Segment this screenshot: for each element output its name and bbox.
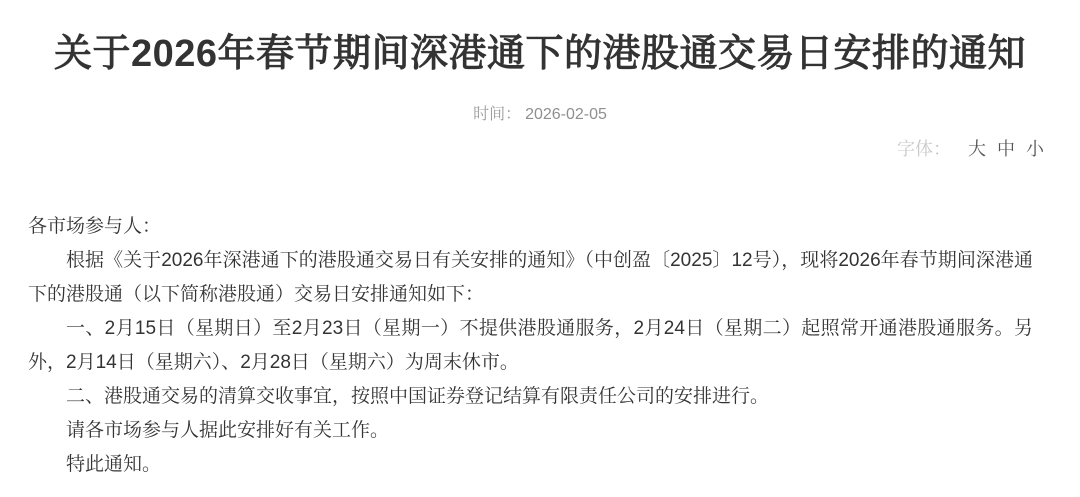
meta-row: 时间：2026-02-05 (0, 105, 1080, 125)
paragraph-item-1-trading-days: 一、2月15日（星期日）至2月23日（星期一）不提供港股通服务，2月24日（星期… (28, 312, 1033, 380)
paragraph-basis: 根据《关于2026年深港通下的港股通交易日有关安排的通知》（中创盈〔2025〕1… (28, 244, 1033, 312)
font-size-option-large[interactable]: 大 (968, 139, 986, 159)
font-size-option-medium[interactable]: 中 (997, 139, 1015, 159)
font-size-option-small[interactable]: 小 (1026, 139, 1044, 159)
font-size-selector: 字体：大中小 (0, 138, 1080, 160)
page-title: 关于2026年春节期间深港通下的港股通交易日安排的通知 (0, 30, 1080, 78)
notice-body: 各市场参与人： 根据《关于2026年深港通下的港股通交易日有关安排的通知》（中创… (28, 210, 1033, 482)
font-size-label: 字体： (897, 139, 951, 159)
paragraph-item-2-settlement: 二、港股通交易的清算交收事宜，按照中国证券登记结算有限责任公司的安排进行。 (28, 380, 1033, 414)
notice-page: 关于2026年春节期间深港通下的港股通交易日安排的通知 时间：2026-02-0… (0, 0, 1080, 497)
time-label: 时间： (473, 106, 521, 123)
paragraph-request: 请各市场参与人据此安排好有关工作。 (28, 414, 1033, 448)
time-value: 2026-02-05 (525, 106, 607, 123)
paragraph-closing: 特此通知。 (28, 448, 1033, 482)
salutation: 各市场参与人： (28, 210, 1033, 244)
